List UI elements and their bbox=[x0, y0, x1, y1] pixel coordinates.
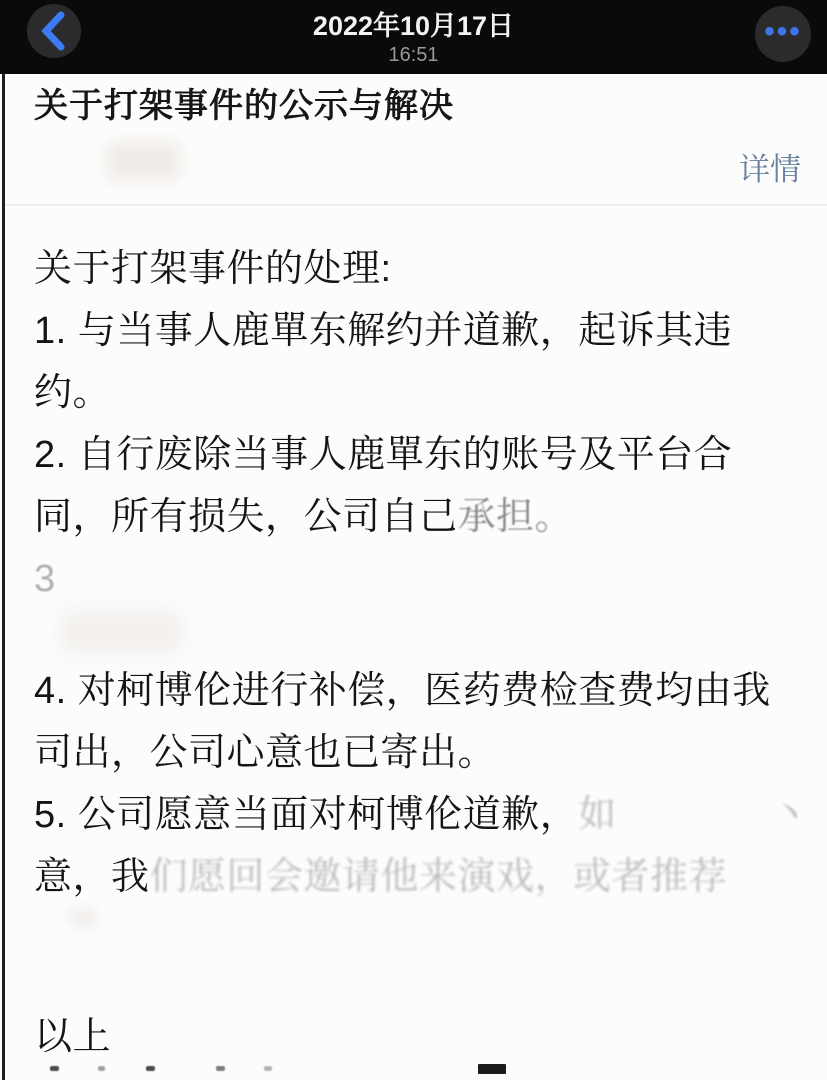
body-item4-line1: 4. 对柯博伦进行补偿，医药费检查费均由我 bbox=[34, 660, 809, 722]
erased-text-smudge bbox=[62, 612, 182, 652]
cutoff-text-marks bbox=[0, 1066, 827, 1080]
body-heading: 关于打架事件的处理: bbox=[34, 238, 732, 300]
closing-text: 以上 bbox=[34, 1006, 111, 1068]
header-bar: 2022年10月17日 16:51 ••• bbox=[0, 0, 827, 74]
erased-ghost-text: 们愿回会邀请他来演戏，或者推荐 bbox=[150, 856, 728, 898]
body-item2-line1: 2. 自行废除当事人鹿單东的账号及平台合 bbox=[34, 424, 732, 486]
body-item1-line1: 1. 与当事人鹿單东解约并道歉，起诉其违 bbox=[34, 300, 732, 362]
header-title-group: 2022年10月17日 16:51 bbox=[100, 0, 727, 67]
note-time: 16:51 bbox=[100, 44, 727, 67]
screenshot-left-edge bbox=[2, 74, 5, 1080]
more-options-button[interactable]: ••• bbox=[755, 6, 811, 62]
note-title: 关于打架事件的公示与解决 bbox=[34, 78, 454, 127]
erased-text-smudge bbox=[70, 910, 96, 926]
erased-text-smudge bbox=[106, 142, 180, 180]
note-content: 关于打架事件的公示与解决 详情 关于打架事件的处理: 1. 与当事人鹿單东解约并… bbox=[0, 74, 827, 1080]
body-item4-line2: 司出，公司心意也已寄出。 bbox=[34, 722, 809, 784]
header-divider bbox=[5, 204, 827, 206]
body-block-2: 4. 对柯博伦进行补偿，医药费检查费均由我 司出，公司心意也已寄出。 5. 公司… bbox=[34, 660, 809, 908]
erased-ghost-text: 如 丶 bbox=[578, 794, 809, 836]
details-link[interactable]: 详情 bbox=[739, 144, 801, 189]
body-item2-line2: 同，所有损失，公司自己承担。 bbox=[34, 486, 732, 548]
body-item1-line2: 约。 bbox=[34, 362, 732, 424]
body-item3-number: 3 bbox=[34, 548, 732, 610]
note-date: 2022年10月17日 bbox=[100, 4, 727, 43]
body-item5-line1: 5. 公司愿意当面对柯博伦道歉，如 丶 bbox=[34, 784, 809, 846]
body-item5-line2: 意，我们愿回会邀请他来演戏，或者推荐 bbox=[34, 846, 809, 908]
notes-screen: 2022年10月17日 16:51 ••• 关于打架事件的公示与解决 详情 关于… bbox=[0, 0, 827, 1080]
chevron-left-icon bbox=[39, 10, 69, 52]
body-block-1: 关于打架事件的处理: 1. 与当事人鹿單东解约并道歉，起诉其违 约。 2. 自行… bbox=[34, 238, 732, 610]
fading-text: 承担。 bbox=[458, 496, 574, 538]
back-button[interactable] bbox=[27, 4, 81, 58]
ellipsis-icon: ••• bbox=[764, 15, 802, 49]
closing-block: 以上 bbox=[34, 1006, 111, 1068]
